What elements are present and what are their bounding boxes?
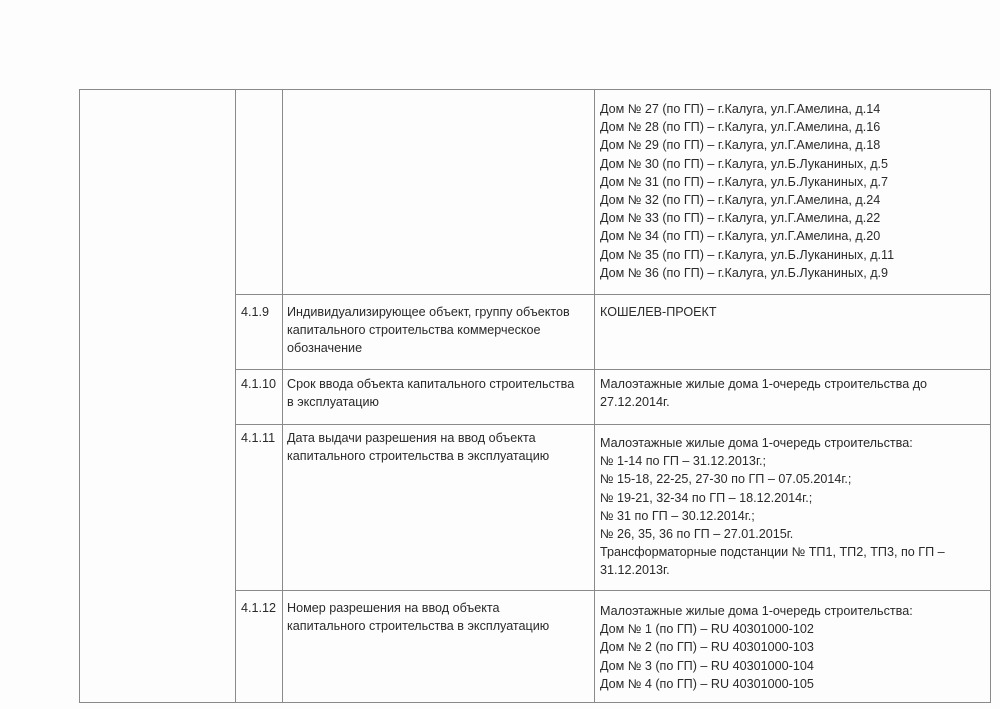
item-label: Дата выдачи разрешения на ввод объекта к… (283, 425, 595, 591)
value-line: КОШЕЛЕВ-ПРОЕКТ (600, 303, 986, 321)
label-line: Индивидуализирующее объект, группу объек… (287, 303, 588, 321)
address-line: Дом № 30 (по ГП) – г.Калуга, ул.Б.Лукани… (600, 155, 986, 173)
item-label: Номер разрешения на ввод объекта капитал… (283, 591, 595, 703)
address-line: Дом № 29 (по ГП) – г.Калуга, ул.Г.Амелин… (600, 136, 986, 154)
address-line: Дом № 34 (по ГП) – г.Калуга, ул.Г.Амелин… (600, 227, 986, 245)
label-line: обозначение (287, 339, 588, 357)
label-line: капитального строительства в эксплуатаци… (287, 617, 588, 635)
item-label-cell (283, 90, 595, 295)
item-value: КОШЕЛЕВ-ПРОЕКТ (595, 295, 991, 370)
label-line: капитального строительства коммерческое (287, 321, 588, 339)
item-number: 4.1.10 (236, 370, 283, 425)
value-line: Дом № 3 (по ГП) – RU 40301000-104 (600, 657, 986, 675)
item-number: 4.1.9 (236, 295, 283, 370)
value-line: Дом № 4 (по ГП) – RU 40301000-105 (600, 675, 986, 693)
label-line: капитального строительства в эксплуатаци… (287, 447, 588, 465)
item-number: 4.1.11 (236, 425, 283, 591)
value-line: № 15-18, 22-25, 27-30 по ГП – 07.05.2014… (600, 470, 986, 488)
value-line: Малоэтажные жилые дома 1-очередь строите… (600, 375, 986, 393)
value-line: Малоэтажные жилые дома 1-очередь строите… (600, 602, 986, 620)
section-blank-cell (80, 90, 236, 703)
value-line: № 1-14 по ГП – 31.12.2013г.; (600, 452, 986, 470)
address-line: Дом № 32 (по ГП) – г.Калуга, ул.Г.Амелин… (600, 191, 986, 209)
value-line: Малоэтажные жилые дома 1-очередь строите… (600, 434, 986, 452)
label-line: в эксплуатацию (287, 393, 588, 411)
value-line: 31.12.2013г. (600, 561, 986, 579)
item-number: 4.1.12 (236, 591, 283, 703)
address-line: Дом № 27 (по ГП) – г.Калуга, ул.Г.Амелин… (600, 100, 986, 118)
item-value: Малоэтажные жилые дома 1-очередь строите… (595, 591, 991, 703)
table-row: Дом № 27 (по ГП) – г.Калуга, ул.Г.Амелин… (80, 90, 991, 295)
item-value: Малоэтажные жилые дома 1-очередь строите… (595, 370, 991, 425)
info-table: Дом № 27 (по ГП) – г.Калуга, ул.Г.Амелин… (79, 89, 991, 703)
value-line: 27.12.2014г. (600, 393, 986, 411)
addresses-list: Дом № 27 (по ГП) – г.Калуга, ул.Г.Амелин… (595, 90, 991, 295)
value-line: Дом № 2 (по ГП) – RU 40301000-103 (600, 638, 986, 656)
item-label: Срок ввода объекта капитального строител… (283, 370, 595, 425)
value-line: Дом № 1 (по ГП) – RU 40301000-102 (600, 620, 986, 638)
address-line: Дом № 31 (по ГП) – г.Калуга, ул.Б.Лукани… (600, 173, 986, 191)
value-line: № 19-21, 32-34 по ГП – 18.12.2014г.; (600, 489, 986, 507)
label-line: Срок ввода объекта капитального строител… (287, 375, 588, 393)
item-number-cell (236, 90, 283, 295)
item-label: Индивидуализирующее объект, группу объек… (283, 295, 595, 370)
item-value: Малоэтажные жилые дома 1-очередь строите… (595, 425, 991, 591)
value-line: Трансформаторные подстанции № ТП1, ТП2, … (600, 543, 986, 561)
label-line: Номер разрешения на ввод объекта (287, 599, 588, 617)
address-line: Дом № 33 (по ГП) – г.Калуга, ул.Г.Амелин… (600, 209, 986, 227)
value-line: № 31 по ГП – 30.12.2014г.; (600, 507, 986, 525)
address-line: Дом № 36 (по ГП) – г.Калуга, ул.Б.Лукани… (600, 264, 986, 282)
address-line: Дом № 35 (по ГП) – г.Калуга, ул.Б.Лукани… (600, 246, 986, 264)
address-line: Дом № 28 (по ГП) – г.Калуга, ул.Г.Амелин… (600, 118, 986, 136)
label-line: Дата выдачи разрешения на ввод объекта (287, 429, 588, 447)
value-line: № 26, 35, 36 по ГП – 27.01.2015г. (600, 525, 986, 543)
document-page: Дом № 27 (по ГП) – г.Калуга, ул.Г.Амелин… (0, 0, 1000, 709)
